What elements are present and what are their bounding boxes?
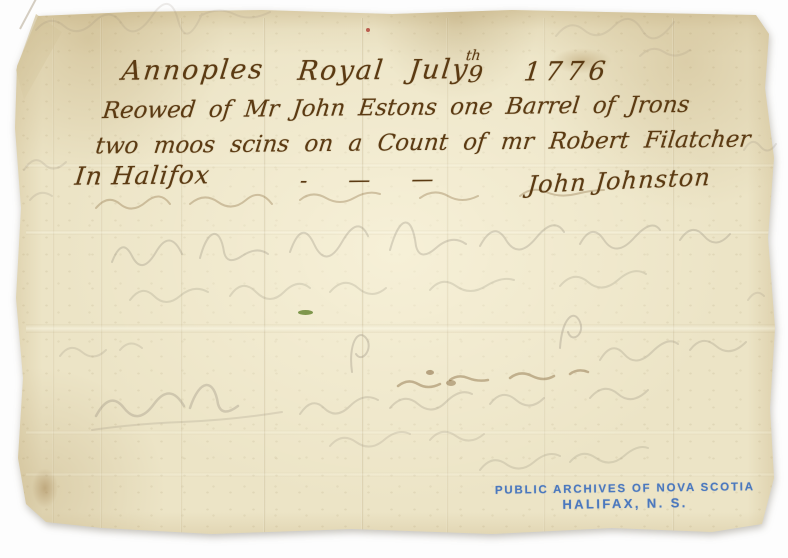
red-speck-stain [366,28,370,32]
fold-crease-vertical [52,18,55,550]
fold-crease-horizontal [26,324,786,333]
fold-crease-horizontal [26,430,786,435]
dateline-place: Annoples [120,54,266,86]
dateline-day: 9 [467,62,485,88]
dateline-month: Royal July [296,54,471,87]
dash-flourish: - — — [299,167,435,193]
brown-spot-stain [426,370,434,375]
archive-stamp: PUBLIC ARCHIVES OF NOVA SCOTIA HALIFAX, … [488,481,762,513]
edge-stain [32,468,58,508]
document-paper [12,8,778,544]
fold-crease-horizontal [26,230,786,235]
closing-place: In Halifox [73,160,211,190]
fold-crease-vertical [100,18,103,550]
dateline-year: 1776 [522,57,612,88]
brown-spot-stain [446,380,456,386]
scanned-document: Annoples Royal July th 9 1776 Reowed of … [0,0,788,558]
green-fleck-stain [298,310,313,315]
fold-crease-horizontal [26,472,786,477]
